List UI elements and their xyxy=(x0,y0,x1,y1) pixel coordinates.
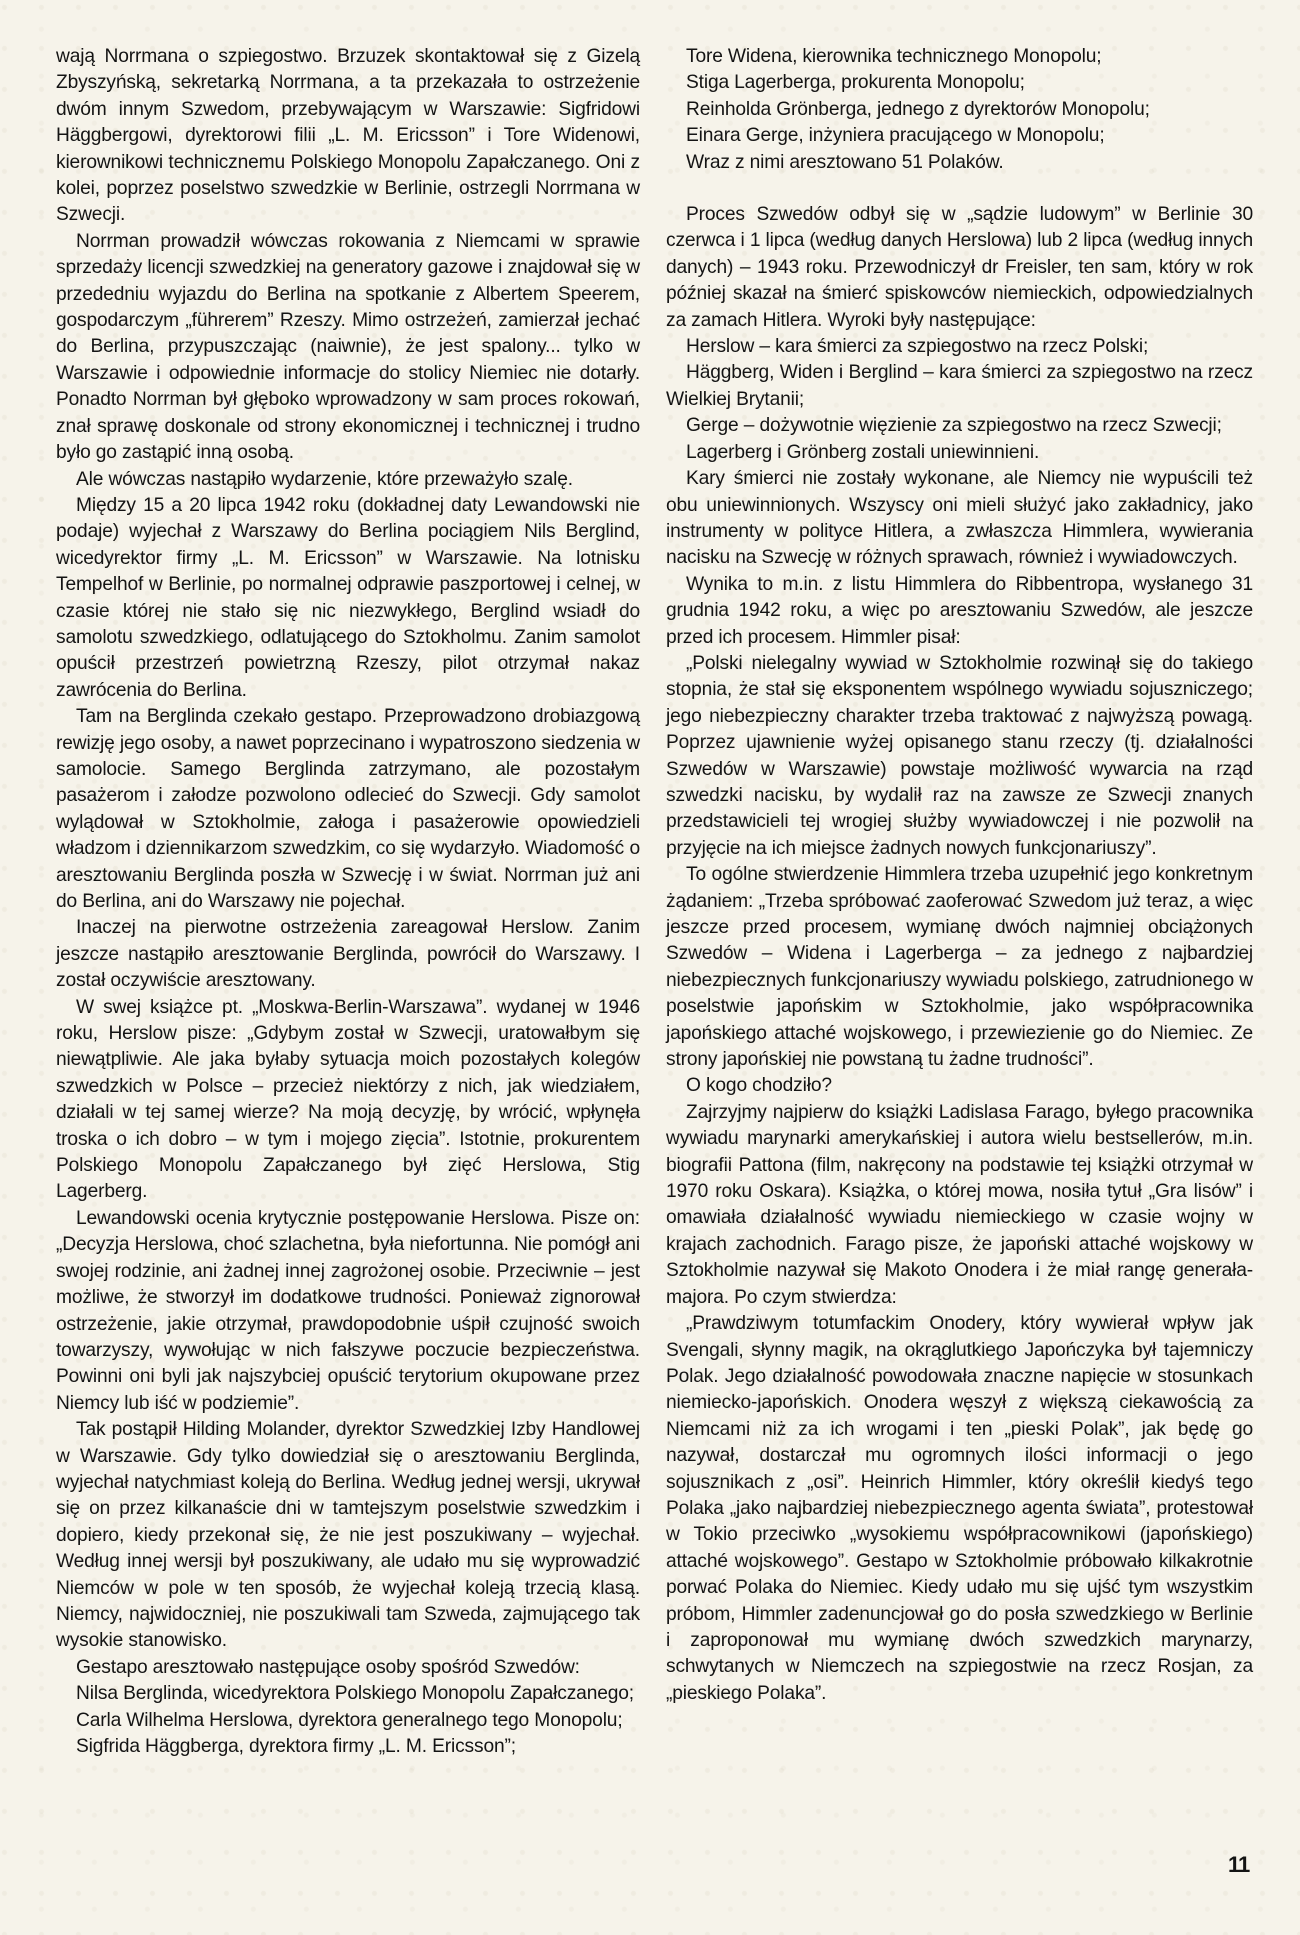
paragraph: Inaczej na pierwotne ostrzeżenia zareago… xyxy=(56,915,640,994)
paragraph: Kary śmierci nie zostały wykonane, ale N… xyxy=(666,466,1253,572)
arrested-count: Wraz z nimi aresztowano 51 Polaków. xyxy=(666,150,1253,176)
paragraph: Lewandowski ocenia krytycznie postępowan… xyxy=(56,1206,640,1417)
paragraph: Tak postąpił Hilding Molander, dyrektor … xyxy=(56,1417,640,1655)
verdict-item: Herslow – kara śmierci za szpiegostwo na… xyxy=(666,334,1253,360)
quote-paragraph: „Polski nielegalny wywiad w Sztokholmie … xyxy=(666,651,1253,862)
arrested-list-item: Reinholda Grönberga, jednego z dyrektoró… xyxy=(666,97,1253,123)
page-number: 11 xyxy=(1228,1852,1249,1878)
arrested-list-item: Carla Wilhelma Herslowa, dyrektora gener… xyxy=(56,1708,640,1734)
verdict-item: Häggberg, Widen i Berglind – kara śmierc… xyxy=(666,360,1253,413)
paragraph: Ale wówczas nastąpiło wydarzenie, które … xyxy=(56,467,640,493)
arrested-list-item: Sigfrida Häggberga, dyrektora firmy „L. … xyxy=(56,1734,640,1760)
quote-paragraph: „Prawdziwym totumfackim Onodery, który w… xyxy=(666,1311,1253,1707)
paragraph: Zajrzyjmy najpierw do książki Ladislasa … xyxy=(666,1100,1253,1311)
paragraph: To ogólne stwierdzenie Himmlera trzeba u… xyxy=(666,862,1253,1073)
right-column: Tore Widena, kierownika technicznego Mon… xyxy=(666,44,1253,1707)
paragraph: Tam na Berglinda czekało gestapo. Przepr… xyxy=(56,704,640,915)
arrested-list-item: Einara Gerge, inżyniera pracującego w Mo… xyxy=(666,123,1253,149)
left-column: wają Norrmana o szpiegostwo. Brzuzek sko… xyxy=(56,44,640,1760)
verdict-item: Gerge – dożywotnie więzienie za szpiegos… xyxy=(666,413,1253,439)
paragraph: W swej książce pt. „Moskwa-Berlin-Warsza… xyxy=(56,995,640,1206)
paragraph: Proces Szwedów odbył się w „sądzie ludow… xyxy=(666,202,1253,334)
verdict-item: Lagerberg i Grönberg zostali uniewinnien… xyxy=(666,440,1253,466)
paragraph: Wynika to m.in. z listu Himmlera do Ribb… xyxy=(666,572,1253,651)
arrested-list-item: Nilsa Berglinda, wicedyrektora Polskiego… xyxy=(56,1681,640,1707)
paragraph: wają Norrmana o szpiegostwo. Brzuzek sko… xyxy=(56,44,640,229)
arrested-list-item: Tore Widena, kierownika technicznego Mon… xyxy=(666,44,1253,70)
paragraph: Między 15 a 20 lipca 1942 roku (dokładne… xyxy=(56,493,640,704)
paragraph: Gestapo aresztowało następujące osoby sp… xyxy=(56,1655,640,1681)
paragraph: O kogo chodziło? xyxy=(666,1073,1253,1099)
magazine-page: wają Norrmana o szpiegostwo. Brzuzek sko… xyxy=(0,0,1300,1935)
section-gap xyxy=(666,176,1253,202)
arrested-list-item: Stiga Lagerberga, prokurenta Monopolu; xyxy=(666,70,1253,96)
paragraph: Norrman prowadził wówczas rokowania z Ni… xyxy=(56,229,640,467)
